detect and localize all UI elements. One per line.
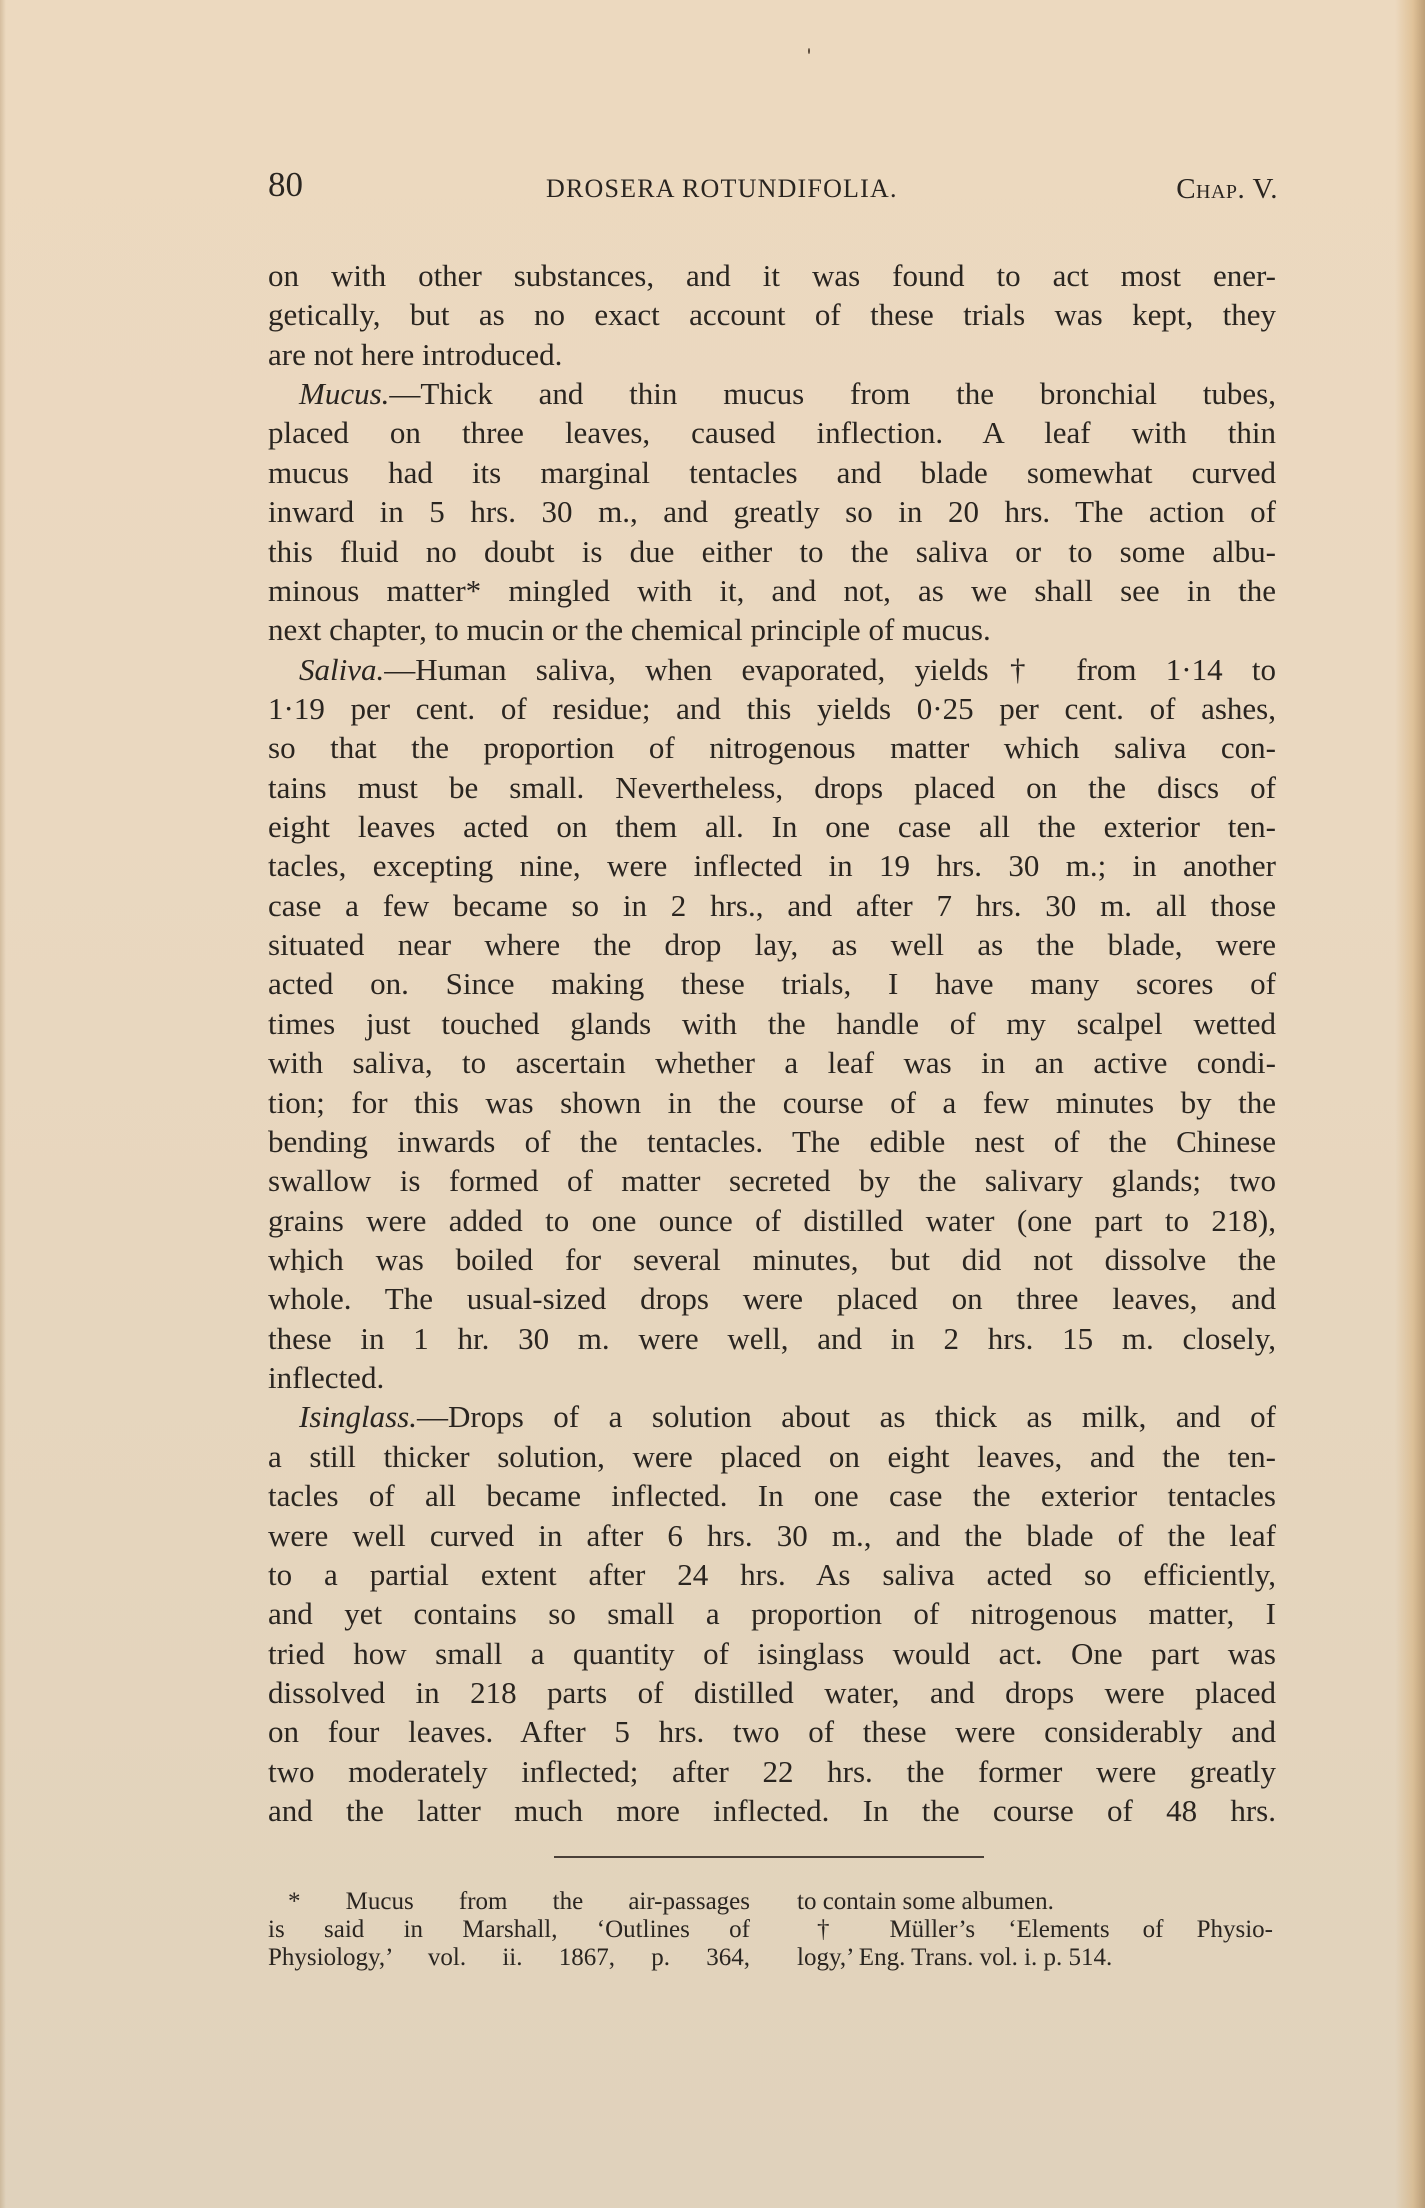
text-line: tion; for this was shown in the course o…: [268, 1083, 1276, 1122]
text-line: and yet contains so small a proportion o…: [268, 1594, 1276, 1633]
text-line: this fluid no doubt is due either to the…: [268, 532, 1276, 571]
text-line: getically, but as no exact account of th…: [268, 295, 1276, 334]
text-line: which was boiled for several minutes, bu…: [268, 1240, 1276, 1279]
text-line: were well curved in after 6 hrs. 30 m., …: [268, 1516, 1276, 1555]
paper-speck: [300, 1270, 305, 1273]
text-line: whole. The usual-sized drops were placed…: [268, 1279, 1276, 1318]
text-line: eight leaves acted on them all. In one c…: [268, 807, 1276, 846]
section-heading-mucus: Mucus.: [299, 376, 389, 411]
text-line: bending inwards of the tentacles. The ed…: [268, 1122, 1276, 1161]
text-line: dissolved in 218 parts of distilled wate…: [268, 1673, 1276, 1712]
text-line: mucus had its marginal tentacles and bla…: [268, 453, 1276, 492]
footnote-line: logy,’ Eng. Trans. vol. i. p. 514.: [797, 1944, 1273, 1972]
paper-speck: [808, 48, 810, 54]
text-line: on four leaves. After 5 hrs. two of thes…: [268, 1712, 1276, 1751]
footnote-rule: [554, 1856, 984, 1858]
footnote-line: † Müller’s ‘Elements of Physio-: [797, 1916, 1273, 1944]
footnote-column-left: * Mucus from the air-passages is said in…: [268, 1888, 750, 1972]
text-line: tains must be small. Nevertheless, drops…: [268, 768, 1276, 807]
text-line: minous matter* mingled with it, and not,…: [268, 571, 1276, 610]
text-line: case a few became so in 2 hrs., and afte…: [268, 886, 1276, 925]
text-line: Mucus.—Thick and thin mucus from the bro…: [268, 374, 1276, 413]
text-line: 1·19 per cent. of residue; and this yiel…: [268, 689, 1276, 728]
footnote-line: to contain some albumen.: [797, 1888, 1273, 1916]
footnote-line: is said in Marshall, ‘Outlines of: [268, 1916, 750, 1944]
text-line: tacles, excepting nine, were inflected i…: [268, 846, 1276, 885]
text-line: two moderately inflected; after 22 hrs. …: [268, 1752, 1276, 1791]
footnote-line: * Mucus from the air-passages: [268, 1888, 750, 1916]
page-edge-left: [0, 0, 6, 2208]
section-heading-saliva: Saliva.: [299, 652, 384, 687]
text-line: tried how small a quantity of isinglass …: [268, 1634, 1276, 1673]
text-line: swallow is formed of matter secreted by …: [268, 1161, 1276, 1200]
running-title: DROSERA ROTUNDIFOLIA.: [546, 164, 898, 214]
text-line: on with other substances, and it was fou…: [268, 256, 1276, 295]
body-text: on with other substances, and it was fou…: [268, 256, 1276, 1830]
text-line: inflected.: [268, 1358, 1276, 1397]
text-line: inward in 5 hrs. 30 m., and greatly so i…: [268, 492, 1276, 531]
text-line: and the latter much more inflected. In t…: [268, 1791, 1276, 1830]
text-line: situated near where the drop lay, as wel…: [268, 925, 1276, 964]
text-line: to a partial extent after 24 hrs. As sal…: [268, 1555, 1276, 1594]
text-line: Isinglass.—Drops of a solution about as …: [268, 1397, 1276, 1436]
text-line: next chapter, to mucin or the chemical p…: [268, 610, 1276, 649]
text-line: so that the proportion of nitrogenous ma…: [268, 728, 1276, 767]
text-line: tacles of all became inflected. In one c…: [268, 1476, 1276, 1515]
text-line: acted on. Since making these trials, I h…: [268, 964, 1276, 1003]
text-line: grains were added to one ounce of distil…: [268, 1201, 1276, 1240]
running-head: 80 DROSERA ROTUNDIFOLIA. Chap. V.: [268, 160, 1278, 210]
text-line: Saliva.—Human saliva, when evaporated, y…: [268, 650, 1276, 689]
text-line: are not here introduced.: [268, 335, 1276, 374]
footnote-line: Physiology,’ vol. ii. 1867, p. 364,: [268, 1944, 750, 1972]
text-line: with saliva, to ascertain whether a leaf…: [268, 1043, 1276, 1082]
chapter-label: Chap. V.: [1176, 164, 1278, 214]
page-edge-right: [1395, 0, 1425, 2208]
section-heading-isinglass: Isinglass.: [299, 1399, 417, 1434]
text-line: a still thicker solution, were placed on…: [268, 1437, 1276, 1476]
text-line: placed on three leaves, caused inflectio…: [268, 413, 1276, 452]
text-line: these in 1 hr. 30 m. were well, and in 2…: [268, 1319, 1276, 1358]
page-number: 80: [268, 160, 303, 210]
footnote-column-right: to contain some albumen. † Müller’s ‘Ele…: [797, 1888, 1273, 1972]
text-line: times just touched glands with the handl…: [268, 1004, 1276, 1043]
